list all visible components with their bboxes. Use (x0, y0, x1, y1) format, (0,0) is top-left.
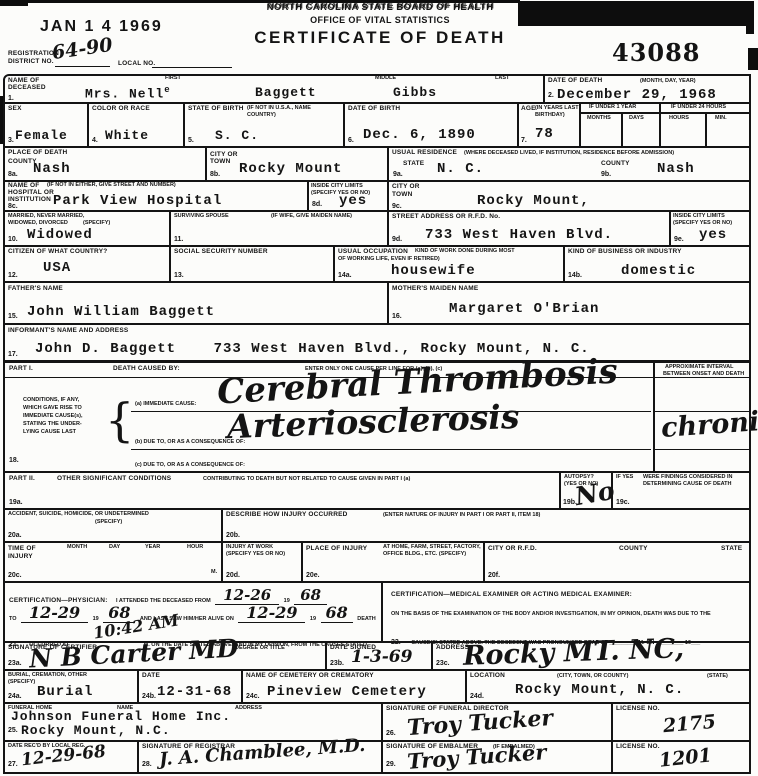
field-citizen: CITIZEN OF WHAT COUNTRY? 12. USA (5, 247, 171, 281)
conditions-note-5: LYING CAUSE LAST (23, 429, 76, 436)
date-of-death-num: 2. (548, 92, 554, 99)
hours-label: HOURS (669, 115, 689, 122)
date-of-death-sub: (MONTH, DAY, YEAR) (640, 78, 696, 85)
hospital-sub: (IF NOT IN EITHER, GIVE STREET AND NUMBE… (47, 182, 176, 189)
saw-yr-label: 19 (310, 616, 316, 622)
conditions-note-1: CONDITIONS, IF ANY, (23, 397, 79, 404)
field-autopsy: AUTOPSY? (YES OR NO) 19b. No (561, 473, 613, 508)
father-value: John William Baggett (27, 304, 215, 320)
field-residence-city-limits: INSIDE CITY LIMITS (SPECIFY YES OR NO) 9… (671, 212, 749, 245)
field-disposition-type: BURIAL, CREMATION, OTHER (SPECIFY) 24a. … (5, 671, 139, 702)
residence-state-value: N. C. (437, 161, 484, 177)
conditions-note-2: WHICH GAVE RISE TO (23, 405, 82, 412)
informant-num: 17. (8, 351, 18, 358)
field-street-address: STREET ADDRESS OR R.F.D. No. 9d. 733 Wes… (389, 212, 671, 245)
state-of-birth-value: S. C. (215, 128, 259, 143)
cemetery-num: 24c. (246, 693, 260, 700)
ssn-num: 13. (174, 272, 184, 279)
interval-column-divider (653, 363, 655, 471)
location-label: LOCATION (470, 672, 505, 680)
race-num: 4. (92, 137, 98, 144)
residence-county-num: 9b. (601, 171, 611, 178)
time-of-injury-label-2: INJURY (8, 553, 33, 561)
marital-label-2: WIDOWED, DIVORCED (8, 220, 68, 227)
cause-a-label: (a) IMMEDIATE CAUSE: (135, 401, 196, 408)
funeral-home-name-value: Johnson Funeral Home Inc. (11, 709, 231, 724)
state-of-birth-num: 5. (188, 137, 194, 144)
injury-state-label: STATE (721, 545, 742, 553)
state-of-birth-label: STATE OF BIRTH (188, 105, 244, 113)
days-label: DAYS (629, 115, 644, 122)
field-time-of-injury: TIME OF INJURY MONTH DAY YEAR HOUR 20c. … (5, 543, 223, 581)
under-one-year-divider (581, 112, 659, 114)
part2-title: OTHER SIGNIFICANT CONDITIONS (57, 475, 171, 483)
pod-city-limits-value: yes (339, 193, 367, 209)
funeral-home-num: 25. (8, 727, 18, 734)
to-label: TO (9, 616, 17, 622)
residence-city-label-1: CITY OR (392, 183, 420, 191)
funeral-home-address-value: Rocky Mount, N.C. (21, 723, 171, 738)
findings-sub-1: WERE FINDINGS CONSIDERED IN (643, 474, 733, 481)
field-ssn: SOCIAL SECURITY NUMBER 13. (171, 247, 335, 281)
field-father-name: FATHER'S NAME 15. John William Baggett (5, 283, 389, 323)
injury-month-label: MONTH (67, 544, 87, 551)
residence-city-limits-num: 9e. (674, 236, 684, 243)
field-age: AGE (IN YEARS LAST BIRTHDAY) 7. 78 (519, 104, 581, 146)
conditions-note-3: IMMEDIATE CAUSE(s), (23, 413, 82, 420)
mother-value: Margaret O'Brian (449, 301, 599, 317)
describe-label: DESCRIBE HOW INJURY OCCURRED (226, 511, 348, 519)
field-injury-location: CITY OR R.F.D. COUNTY STATE 20f. (485, 543, 749, 581)
occupation-num: 14a. (338, 272, 352, 279)
industry-num: 14b. (568, 272, 582, 279)
location-value: Rocky Mount, N. C. (515, 682, 684, 698)
citizen-num: 12. (8, 272, 18, 279)
cause-b-line (131, 449, 651, 450)
registrar-num: 28. (142, 761, 152, 768)
date-of-death-label: DATE OF DEATH (548, 77, 602, 85)
cause-b-value: Arteriosclerosis (227, 400, 520, 443)
findings-label: IF YES (616, 474, 633, 481)
section-part1: PART I. DEATH CAUSED BY: ENTER ONLY ONE … (5, 363, 749, 471)
director-license-label: LICENSE NO. (616, 705, 660, 713)
name-num: 1. (8, 95, 14, 102)
scan-right-mark (748, 48, 758, 70)
industry-value: domestic (621, 263, 696, 279)
disposition-type-value: Burial (37, 684, 93, 700)
location-num: 24d. (470, 693, 484, 700)
field-place-of-injury: PLACE OF INJURY AT HOME, FARM, STREET, F… (303, 543, 485, 581)
field-marital-status: MARRIED, NEVER MARRIED, WIDOWED, DIVORCE… (5, 212, 171, 245)
hospital-value: Park View Hospital (53, 193, 222, 209)
field-director-license: LICENSE NO. 2175 (613, 704, 749, 740)
spouse-num: 11. (174, 236, 183, 243)
months-days-divider (621, 112, 623, 146)
spouse-sub: (IF WIFE, GIVE MAIDEN NAME) (271, 213, 352, 220)
section-part2: PART II. OTHER SIGNIFICANT CONDITIONS CO… (5, 473, 561, 508)
registration-district-label-2: DISTRICT NO. (8, 58, 59, 66)
field-disposition-date: DATE 24b. 12-31-68 (139, 671, 243, 702)
under-one-year-label: IF UNDER 1 YEAR (589, 104, 636, 111)
disposition-type-sub: (SPECIFY) (8, 679, 35, 686)
part1-title: DEATH CAUSED BY: (113, 365, 180, 373)
field-certifier-signature: SIGNATURE OF CERTIFIER DEGREE OR TITLE 2… (5, 643, 327, 669)
citizen-value: USA (43, 260, 71, 276)
certificate-number: 43088 (612, 38, 701, 67)
section-certification-examiner: CERTIFICATION—MEDICAL EXAMINER OR ACTING… (383, 583, 749, 641)
part2-label: PART II. (9, 475, 35, 483)
describe-sub: (ENTER NATURE OF INJURY IN PART I OR PAR… (383, 512, 540, 519)
time-of-injury-label-1: TIME OF (8, 545, 36, 553)
disposition-type-label: BURIAL, CREMATION, OTHER (8, 672, 87, 679)
certifier-address-num: 23c. (436, 660, 450, 667)
mother-num: 16. (392, 313, 402, 320)
cause-c-label: (c) DUE TO, OR AS A CONSEQUENCE OF: (135, 462, 245, 469)
field-funeral-home: FUNERAL HOME NAME ADDRESS Johnson Funera… (5, 704, 383, 740)
injury-day-label: DAY (109, 544, 120, 551)
residence-county-label: COUNTY (601, 160, 630, 168)
embalmer-license-label: LICENSE NO. (616, 743, 660, 751)
local-no-label: LOCAL NO. (118, 60, 155, 68)
saw-alive-date: 12-29 (238, 603, 305, 623)
industry-label: KIND OF BUSINESS OR INDUSTRY (568, 248, 682, 256)
redaction-tab (746, 26, 754, 34)
to-yr-label: 19 (93, 616, 99, 622)
interval-b-value: chronic (660, 407, 758, 442)
informant-label: INFORMANT'S NAME AND ADDRESS (8, 327, 128, 335)
hours-min-divider (705, 112, 707, 146)
field-date-of-birth: DATE OF BIRTH 6. Dec. 6, 1890 (345, 104, 519, 146)
occupation-value: housewife (391, 263, 476, 279)
certifier-address-value: Rocky MT. NC, (463, 635, 685, 670)
field-sex: SEX 3. Female (5, 104, 89, 146)
field-date-signed: DATE SIGNED 23b. 1-3-69 (327, 643, 433, 669)
conditions-note-4: STATING THE UNDER- (23, 421, 82, 428)
spouse-label: SURVIVING SPOUSE (174, 213, 229, 220)
field-under-24-hours: IF UNDER 24 HOURS HOURS MIN. (661, 104, 749, 146)
field-describe-injury: DESCRIBE HOW INJURY OCCURRED (ENTER NATU… (223, 510, 749, 541)
place-of-injury-num: 20e. (306, 572, 320, 579)
at-work-num: 20d. (226, 572, 240, 579)
certifier-num: 23a. (8, 660, 22, 667)
field-disposition-location: LOCATION (CITY, TOWN, OR COUNTY) (STATE)… (467, 671, 749, 702)
street-label: STREET ADDRESS OR R.F.D. No. (392, 213, 500, 221)
name-first-value: Mrs. Nelle (85, 85, 171, 101)
months-label: MONTHS (587, 115, 611, 122)
ssn-label: SOCIAL SECURITY NUMBER (174, 248, 268, 256)
field-embalmer-signature: SIGNATURE OF EMBALMER (IF EMBALMED) 29. … (383, 742, 613, 772)
residence-city-num: 9c. (392, 203, 402, 210)
age-sub: (IN YEARS LAST BIRTHDAY) (535, 105, 579, 118)
field-mother-name: MOTHER'S MAIDEN NAME 16. Margaret O'Bria… (389, 283, 749, 323)
registrar-signature-value: J. A. Chamblee, M.D. (159, 737, 366, 769)
disposition-date-label: DATE (142, 672, 160, 680)
registration-line (55, 66, 110, 67)
sex-value: Female (15, 128, 68, 143)
father-num: 15. (8, 313, 18, 320)
field-surviving-spouse: SURVIVING SPOUSE (IF WIFE, GIVE MAIDEN N… (171, 212, 389, 245)
field-occupation: USUAL OCCUPATION KIND OF WORK DONE DURIN… (335, 247, 565, 281)
field-manner-of-death: ACCIDENT, SUICIDE, HOMICIDE, OR UNDETERM… (5, 510, 223, 541)
manner-sub: (SPECIFY) (95, 519, 122, 526)
injury-meridiem-label: M. (211, 569, 217, 576)
field-injury-at-work: INJURY AT WORK (SPECIFY YES OR NO) 20d. (223, 543, 303, 581)
embalmer-license-value: 1201 (658, 746, 713, 770)
field-residence-city: CITY OR TOWN 9c. Rocky Mount, (389, 182, 749, 210)
field-place-of-death-county: PLACE OF DEATH COUNTY 8a. Nash (5, 148, 207, 180)
location-sub-1: (CITY, TOWN, OR COUNTY) (557, 673, 628, 680)
name-col-first: FIRST (165, 75, 181, 82)
field-place-of-death-city: CITY OR TOWN 8b. Rocky Mount (207, 148, 389, 180)
saw-alive-year: 68 (321, 603, 353, 623)
residence-state-num: 9a. (393, 171, 403, 178)
board-name: NORTH CAROLINA STATE BOARD OF HEALTH (210, 2, 550, 13)
pod-city-num: 8b. (210, 171, 220, 178)
disposition-date-value: 12-31-68 (157, 684, 232, 700)
funeral-home-address-tick: ADDRESS (235, 705, 262, 712)
place-of-death-label: PLACE OF DEATH (8, 149, 67, 157)
date-of-birth-label: DATE OF BIRTH (348, 105, 400, 113)
cemetery-value: Pineview Cemetery (267, 684, 427, 700)
pod-county-num: 8a. (8, 171, 18, 178)
manner-num: 20a. (8, 532, 22, 539)
cemetery-label: NAME OF CEMETERY OR CREMATORY (246, 672, 374, 680)
field-usual-residence: USUAL RESIDENCE (WHERE DECEASED LIVED, I… (389, 148, 749, 180)
date-of-death-value: December 29, 1968 (557, 87, 717, 103)
field-under-one-year: IF UNDER 1 YEAR MONTHS DAYS (581, 104, 661, 146)
at-work-label: INJURY AT WORK (226, 544, 273, 551)
race-value: White (105, 128, 149, 143)
field-informant: INFORMANT'S NAME AND ADDRESS 17. John D.… (5, 325, 749, 360)
part2-num: 19a. (9, 499, 23, 506)
mother-label: MOTHER'S MAIDEN NAME (392, 285, 478, 293)
name-middle-value: Baggett (255, 85, 317, 100)
field-registrar-signature: SIGNATURE OF REGISTRAR 28. J. A. Chamble… (139, 742, 383, 772)
autopsy-value: No (573, 478, 616, 509)
disposition-type-num: 24a. (8, 693, 22, 700)
occupation-sub-1: KIND OF WORK DONE DURING MOST (415, 248, 515, 255)
state-of-birth-sub: (IF NOT IN U.S.A., NAME COUNTRY) (247, 105, 337, 118)
cert-examiner-line1: ON THE BASIS OF THE EXAMINATION OF THE B… (391, 611, 711, 618)
min-label: MIN. (715, 115, 727, 122)
pod-city-limits-label: INSIDE CITY LIMITS (311, 183, 363, 190)
marital-label-1: MARRIED, NEVER MARRIED, (8, 213, 84, 220)
findings-sub-2: DETERMINING CAUSE OF DEATH (643, 481, 732, 488)
field-embalmer-license: LICENSE NO. 1201 (613, 742, 749, 772)
residence-label: USUAL RESIDENCE (392, 149, 457, 157)
time-of-injury-num: 20c. (8, 572, 22, 579)
occupation-label: USUAL OCCUPATION (338, 248, 408, 256)
age-label: AGE (521, 105, 536, 113)
name-col-middle: MIDDLE (375, 75, 396, 82)
place-of-injury-sub-2: OFFICE BLDG., ETC. (SPECIFY) (383, 551, 466, 558)
race-label: COLOR OR RACE (92, 105, 150, 113)
local-no-line (152, 67, 232, 68)
residence-city-limits-label: INSIDE CITY LIMITS (673, 213, 725, 220)
injury-location-num: 20f. (488, 572, 500, 579)
sex-num: 3. (8, 137, 14, 144)
section-certification-physician: CERTIFICATION—PHYSICIAN: I ATTENDED THE … (5, 583, 383, 641)
name-col-last: LAST (495, 75, 509, 82)
describe-num: 20b. (226, 532, 240, 539)
age-value: 78 (535, 126, 554, 142)
under-24-hours-label: IF UNDER 24 HOURS (671, 104, 726, 111)
residence-city-label-2: TOWN (392, 191, 413, 199)
place-of-injury-label: PLACE OF INJURY (306, 545, 367, 553)
interval-b-line (655, 449, 749, 450)
part1-num: 18. (9, 457, 19, 464)
death-certificate-scan: JAN 1 4 1969 NORTH CAROLINA STATE BOARD … (0, 0, 758, 776)
received-date-stamp: JAN 1 4 1969 (40, 18, 163, 36)
street-value: 733 West Haven Blvd. (425, 227, 613, 243)
field-date-of-death: DATE OF DEATH (MONTH, DAY, YEAR) 2. Dece… (545, 76, 749, 102)
date-signed-num: 23b. (330, 660, 344, 667)
sex-label: SEX (8, 105, 22, 113)
injury-city-label: CITY OR R.F.D. (488, 545, 537, 553)
date-of-birth-num: 6. (348, 137, 354, 144)
field-race: COLOR OR RACE 4. White (89, 104, 185, 146)
document-title: CERTIFICATE OF DEATH (210, 28, 550, 48)
registration-district-value: 64-90 (51, 36, 114, 63)
disposition-date-num: 24b. (142, 693, 156, 700)
field-funeral-director-signature: SIGNATURE OF FUNERAL DIRECTOR 26. Troy T… (383, 704, 613, 740)
at-work-sub: (SPECIFY YES OR NO) (226, 551, 285, 558)
part2-sub: CONTRIBUTING TO DEATH BUT NOT RELATED TO… (203, 476, 410, 483)
citizen-label: CITIZEN OF WHAT COUNTRY? (8, 248, 107, 256)
manner-label: ACCIDENT, SUICIDE, HOMICIDE, OR UNDETERM… (8, 511, 149, 518)
location-sub-2: (STATE) (707, 673, 728, 680)
father-label: FATHER'S NAME (8, 285, 63, 293)
marital-num: 10. (8, 236, 18, 243)
field-hospital: NAME OF (IF NOT IN EITHER, GIVE STREET A… (5, 182, 309, 210)
residence-city-limits-sub: (SPECIFY YES OR NO) (673, 220, 732, 227)
street-num: 9d. (392, 236, 402, 243)
findings-num: 19c. (616, 499, 630, 506)
death-word: DEATH (357, 616, 376, 622)
field-name-of-deceased: NAME OF DECEASED 1. FIRST MIDDLE LAST Mr… (5, 76, 545, 102)
residence-city-limits-value: yes (699, 227, 727, 243)
injury-hour-label: HOUR (187, 544, 203, 551)
pod-county-value: Nash (33, 161, 71, 177)
redaction-bar (518, 1, 754, 26)
residence-sub: (WHERE DECEASED LIVED, IF INSTITUTION, R… (464, 150, 674, 157)
funeral-director-num: 26. (386, 730, 396, 737)
name-label-2: DECEASED (8, 84, 46, 92)
hospital-num: 8c. (8, 203, 18, 210)
field-state-of-birth: STATE OF BIRTH (IF NOT IN U.S.A., NAME C… (185, 104, 345, 146)
residence-city-value: Rocky Mount, (477, 193, 590, 209)
pod-city-value: Rocky Mount (239, 161, 342, 177)
certificate-form: NAME OF DECEASED 1. FIRST MIDDLE LAST Mr… (3, 74, 751, 774)
marital-value: Widowed (27, 227, 93, 243)
pod-city-label-2: TOWN (210, 158, 231, 166)
office-name: OFFICE OF VITAL STATISTICS (210, 15, 550, 25)
part1-label: PART I. (9, 365, 33, 373)
director-license-value: 2175 (662, 713, 716, 737)
field-date-received: DATE REC'D BY LOCAL REG. 27. 12-29-68 (5, 742, 139, 772)
field-certifier-address: ADDRESS 23c. Rocky MT. NC, (433, 643, 749, 669)
interval-label-1: APPROXIMATE INTERVAL (665, 364, 733, 371)
occupation-sub-2: OF WORKING LIFE, EVEN IF RETIRED) (338, 256, 440, 263)
residence-county-value: Nash (657, 161, 695, 177)
age-num: 7. (521, 137, 527, 144)
degree-title-label: DEGREE OR TITLE (235, 645, 285, 652)
informant-value: John D. Baggett 733 West Haven Blvd., Ro… (35, 341, 590, 357)
attended-to-date: 12-29 (21, 603, 88, 623)
marital-sub: (SPECIFY) (83, 220, 110, 227)
field-autopsy-findings: IF YES WERE FINDINGS CONSIDERED IN DETER… (613, 473, 749, 508)
date-received-num: 27. (8, 761, 18, 768)
field-industry: KIND OF BUSINESS OR INDUSTRY 14b. domest… (565, 247, 749, 281)
embalmer-num: 29. (386, 761, 396, 768)
place-of-injury-sub-1: AT HOME, FARM, STREET, FACTORY, (383, 544, 481, 551)
conditions-brace: { (105, 393, 134, 447)
name-last-value: Gibbs (393, 85, 437, 100)
injury-year-label: YEAR (145, 544, 160, 551)
field-pod-city-limits: INSIDE CITY LIMITS (SPECIFY YES OR NO) 8… (309, 182, 389, 210)
field-cemetery: NAME OF CEMETERY OR CREMATORY 24c. Pinev… (243, 671, 467, 702)
date-of-birth-value: Dec. 6, 1890 (363, 127, 476, 143)
date-signed-value: 1-3-69 (351, 649, 412, 666)
cert-examiner-heading: CERTIFICATION—MEDICAL EXAMINER OR ACTING… (391, 591, 632, 599)
injury-county-label: COUNTY (619, 545, 648, 553)
residence-state-label: STATE (403, 160, 424, 168)
pod-city-limits-num: 8d. (312, 201, 322, 208)
scan-corner-mark (0, 0, 28, 6)
